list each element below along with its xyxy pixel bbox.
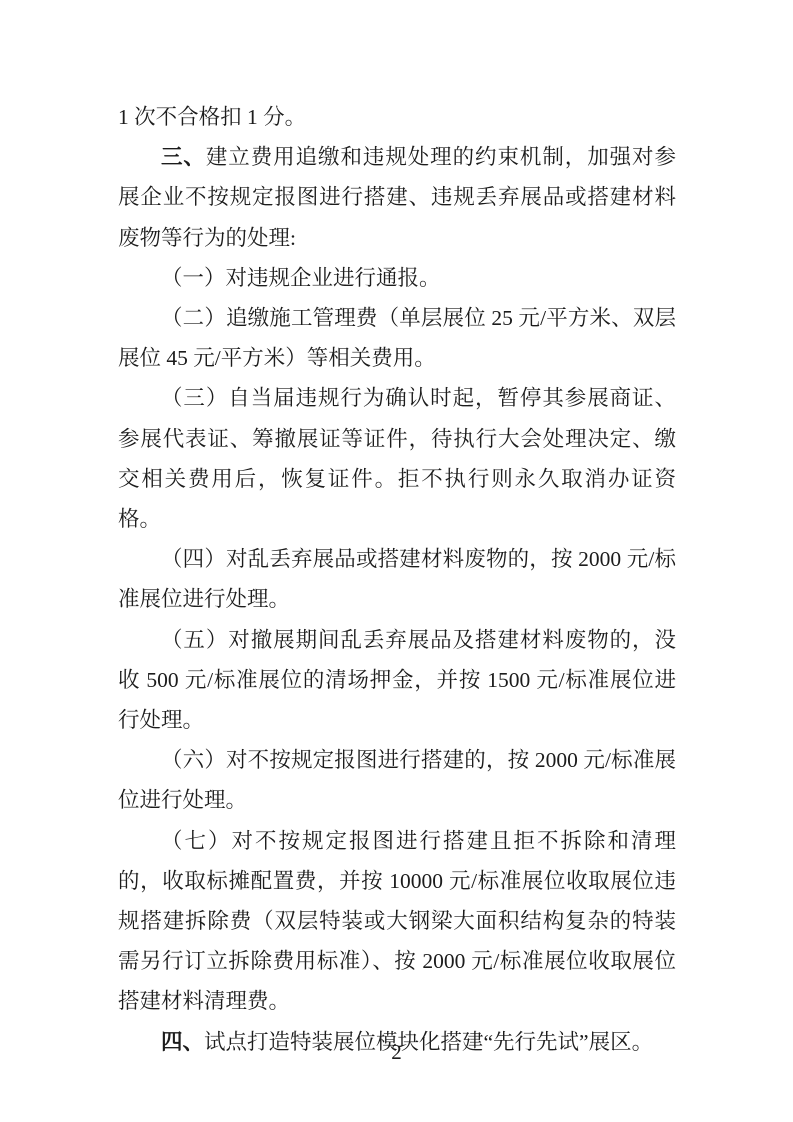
paragraph-text: （三）自当届违规行为确认时起，暂停其参展商证、参展代表证、筹撤展证等证件，待执行… (118, 386, 676, 531)
paragraph-text: （七）对不按规定报图进行搭建且拒不拆除和清理的，收取标摊配置费，并按 10000… (118, 829, 676, 1014)
paragraph-text: （二）追缴施工管理费（单层展位 25 元/平方米、双层展位 45 元/平方米）等… (118, 306, 676, 370)
paragraph-item-6: （六）对不按规定报图进行搭建的，按 2000 元/标准展位进行处理。 (118, 740, 676, 820)
paragraph-item-4: （四）对乱丢弃展品或搭建材料废物的，按 2000 元/标准展位进行处理。 (118, 539, 676, 619)
paragraph-continuation: 1 次不合格扣 1 分。 (118, 97, 676, 137)
paragraph-text: （一）对违规企业进行通报。 (161, 266, 441, 290)
paragraph-text: （五）对撤展期间乱丢弃展品及搭建材料废物的，没收 500 元/标准展位的清场押金… (118, 628, 676, 732)
paragraph-text: （四）对乱丢弃展品或搭建材料废物的，按 2000 元/标准展位进行处理。 (118, 547, 676, 611)
page-number: 2 (0, 1032, 793, 1072)
section-number-bold: 三、 (161, 145, 206, 169)
paragraph-item-1: （一）对违规企业进行通报。 (118, 258, 676, 298)
document-page: 1 次不合格扣 1 分。 三、建立费用追缴和违规处理的约束机制，加强对参展企业不… (0, 0, 793, 1122)
paragraph-item-3: （三）自当届违规行为确认时起，暂停其参展商证、参展代表证、筹撤展证等证件，待执行… (118, 378, 676, 539)
paragraph-text: 1 次不合格扣 1 分。 (118, 105, 306, 129)
paragraph-item-2: （二）追缴施工管理费（单层展位 25 元/平方米、双层展位 45 元/平方米）等… (118, 298, 676, 378)
paragraph-item-5: （五）对撤展期间乱丢弃展品及搭建材料废物的，没收 500 元/标准展位的清场押金… (118, 620, 676, 741)
paragraph-item-7: （七）对不按规定报图进行搭建且拒不拆除和清理的，收取标摊配置费，并按 10000… (118, 821, 676, 1022)
document-body: 1 次不合格扣 1 分。 三、建立费用追缴和违规处理的约束机制，加强对参展企业不… (118, 97, 676, 1062)
paragraph-section-3: 三、建立费用追缴和违规处理的约束机制，加强对参展企业不按规定报图进行搭建、违规丢… (118, 137, 676, 258)
paragraph-text: （六）对不按规定报图进行搭建的，按 2000 元/标准展位进行处理。 (118, 748, 676, 812)
